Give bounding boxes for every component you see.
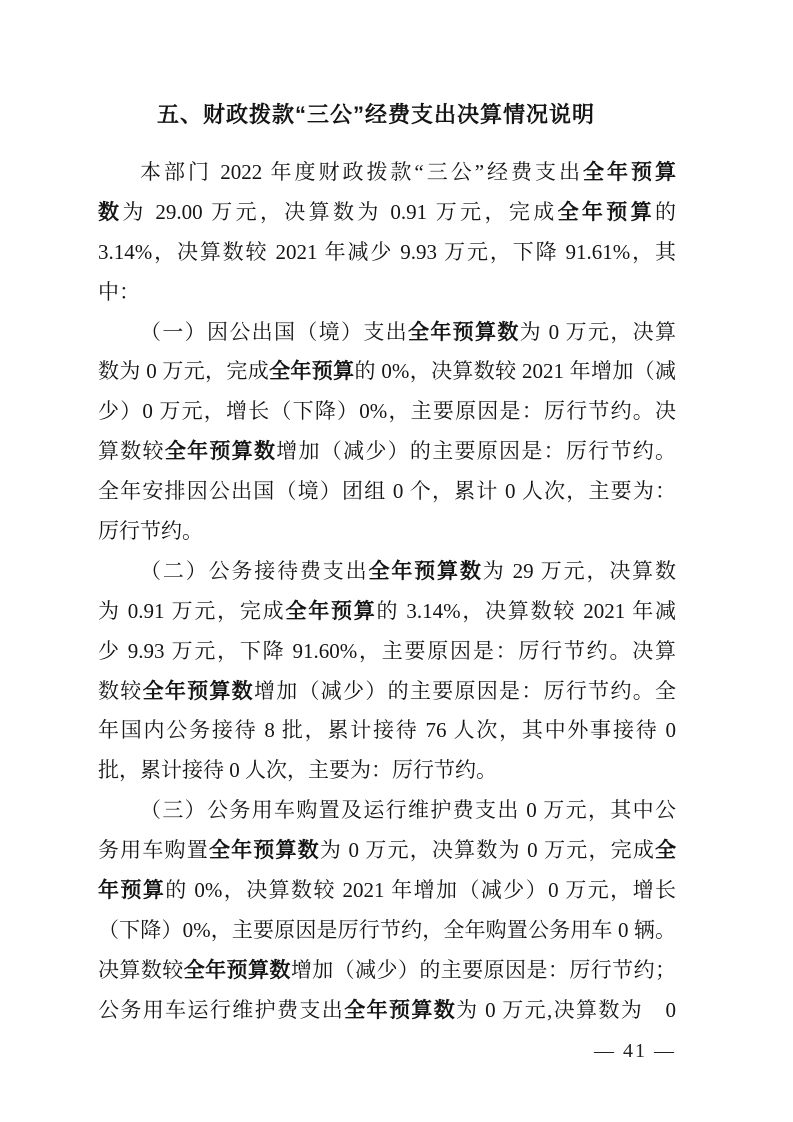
text-line: 少）0 万元，增长（下降）0%，主要原因是：厉行节约。决 [98, 392, 676, 432]
text-segment: 决算数较 [98, 958, 184, 982]
text-line: 3.14%，决算数较 2021 年减少 9.93 万元，下降 91.61%，其 [98, 233, 676, 273]
text-line: （二）公务接待费支出全年预算数为 29 万元，决算数 [98, 552, 676, 592]
text-segment: 少）0 万元，增长（下降）0%，主要原因是：厉行节约。决 [98, 399, 676, 423]
text-segment: 中： [98, 280, 140, 304]
bold-text-segment: 全年预算数 [344, 999, 456, 1022]
text-segment: 算数较 [98, 439, 165, 463]
text-line: 数为 0 万元，完成全年预算的 0%，决算数较 2021 年增加（减 [98, 352, 676, 392]
text-segment: 为 29 万元，决算数 [483, 559, 676, 583]
bold-text-segment: 全年预算数 [165, 440, 276, 463]
bold-text-segment: 全年预算 [285, 600, 376, 623]
text-line: 年预算的 0%，决算数较 2021 年增加（减少）0 万元，增长 [98, 871, 676, 911]
text-line: 务用车购置全年预算数为 0 万元，决算数为 0 万元，完成全 [98, 831, 676, 871]
text-line: 数为 29.00 万元，决算数为 0.91 万元，完成全年预算的 [98, 193, 676, 233]
text-line: （一）因公出国（境）支出全年预算数为 0 万元，决算 [98, 313, 676, 353]
text-line: 算数较全年预算数增加（减少）的主要原因是：厉行节约。 [98, 432, 676, 472]
text-segment: 为 0.91 万元，完成 [98, 599, 285, 623]
text-line: 决算数较全年预算数增加（减少）的主要原因是：厉行节约； [98, 951, 676, 991]
document-body: 本部门 2022 年度财政拨款“三公”经费支出全年预算数为 29.00 万元，决… [98, 153, 676, 1031]
text-segment: 增加（减少）的主要原因是：厉行节约。 [276, 439, 676, 463]
text-segment: 为 0 万元，决算 [520, 320, 676, 344]
text-line: 本部门 2022 年度财政拨款“三公”经费支出全年预算 [98, 153, 676, 193]
text-segment: 厉行节约。 [98, 519, 203, 543]
bold-text-segment: 全 [655, 839, 676, 862]
text-line: 厉行节约。 [98, 512, 676, 552]
text-line: （下降）0%，主要原因是厉行节约，全年购置公务用车 0 辆。 [98, 911, 676, 951]
text-segment: 数较 [98, 679, 143, 703]
bold-text-segment: 数 [98, 201, 122, 224]
text-segment: 本部门 2022 年度财政拨款“三公”经费支出 [140, 160, 583, 184]
text-segment: 少 9.93 万元，下降 91.60%，主要原因是：厉行节约。决算 [98, 639, 676, 663]
text-segment: 的 [655, 200, 676, 224]
bold-text-segment: 全年预算数 [368, 560, 482, 583]
text-line: 公务用车运行维护费支出全年预算数为 0 万元,决算数为 0 [98, 991, 676, 1031]
text-segment: 增加（减少）的主要原因是：厉行节约。全 [254, 679, 676, 703]
bold-text-segment: 全年预算 [269, 360, 354, 383]
text-segment: 的 0%，决算数较 2021 年增加（减 [354, 359, 676, 383]
text-segment: 为 0 万元，决算数为 0 万元，完成 [320, 838, 655, 862]
bold-text-segment: 全年预算数 [184, 959, 291, 982]
section-title: 五、财政拨款“三公”经费支出决算情况说明 [98, 100, 676, 140]
text-segment: 数为 0 万元，完成 [98, 359, 269, 383]
text-line: 数较全年预算数增加（减少）的主要原因是：厉行节约。全 [98, 672, 676, 712]
document-page: 五、财政拨款“三公”经费支出决算情况说明 本部门 2022 年度财政拨款“三公”… [0, 0, 793, 1122]
text-segment: （三）公务用车购置及运行维护费支出 0 万元，其中公 [140, 798, 676, 822]
text-line: 批，累计接待 0 人次，主要为：厉行节约。 [98, 751, 676, 791]
bold-text-segment: 全年预算 [558, 201, 655, 224]
text-segment: 的 3.14%，决算数较 2021 年减 [377, 599, 676, 623]
text-line: 全年安排因公出国（境）团组 0 个，累计 0 人次，主要为： [98, 472, 676, 512]
bold-text-segment: 年预算 [98, 879, 165, 902]
document-content: 五、财政拨款“三公”经费支出决算情况说明 本部门 2022 年度财政拨款“三公”… [98, 100, 676, 1031]
text-segment: （一）因公出国（境）支出 [140, 320, 408, 344]
bold-text-segment: 全年预算数 [143, 680, 254, 703]
text-line: 年国内公务接待 8 批，累计接待 76 人次，其中外事接待 0 [98, 711, 676, 751]
text-segment: 的 0%，决算数较 2021 年增加（减少）0 万元，增长 [165, 878, 676, 902]
text-segment: 批，累计接待 0 人次，主要为：厉行节约。 [98, 758, 497, 782]
text-segment: 全年安排因公出国（境）团组 0 个，累计 0 人次，主要为： [98, 479, 676, 503]
text-line: 为 0.91 万元，完成全年预算的 3.14%，决算数较 2021 年减 [98, 592, 676, 632]
bold-text-segment: 全年预算数 [408, 321, 520, 344]
bold-text-segment: 全年预算 [583, 161, 676, 184]
text-segment: （下降）0%，主要原因是厉行节约，全年购置公务用车 0 辆。 [98, 918, 676, 942]
text-segment: 年国内公务接待 8 批，累计接待 76 人次，其中外事接待 0 [98, 718, 676, 742]
text-segment: 为 29.00 万元，决算数为 0.91 万元，完成 [122, 200, 557, 224]
text-segment: 公务用车运行维护费支出 [98, 998, 344, 1022]
text-segment: 增加（减少）的主要原因是：厉行节约； [291, 958, 676, 982]
text-segment: （二）公务接待费支出 [140, 559, 368, 583]
bold-text-segment: 全年预算数 [209, 839, 320, 862]
text-line: 中： [98, 273, 676, 313]
text-segment: 3.14%，决算数较 2021 年减少 9.93 万元，下降 91.61%，其 [98, 240, 676, 264]
text-line: （三）公务用车购置及运行维护费支出 0 万元，其中公 [98, 791, 676, 831]
text-segment: 为 0 万元,决算数为 0 [456, 998, 676, 1022]
page-number: — 41 — [594, 1040, 676, 1063]
text-line: 少 9.93 万元，下降 91.60%，主要原因是：厉行节约。决算 [98, 632, 676, 672]
text-segment: 务用车购置 [98, 838, 209, 862]
